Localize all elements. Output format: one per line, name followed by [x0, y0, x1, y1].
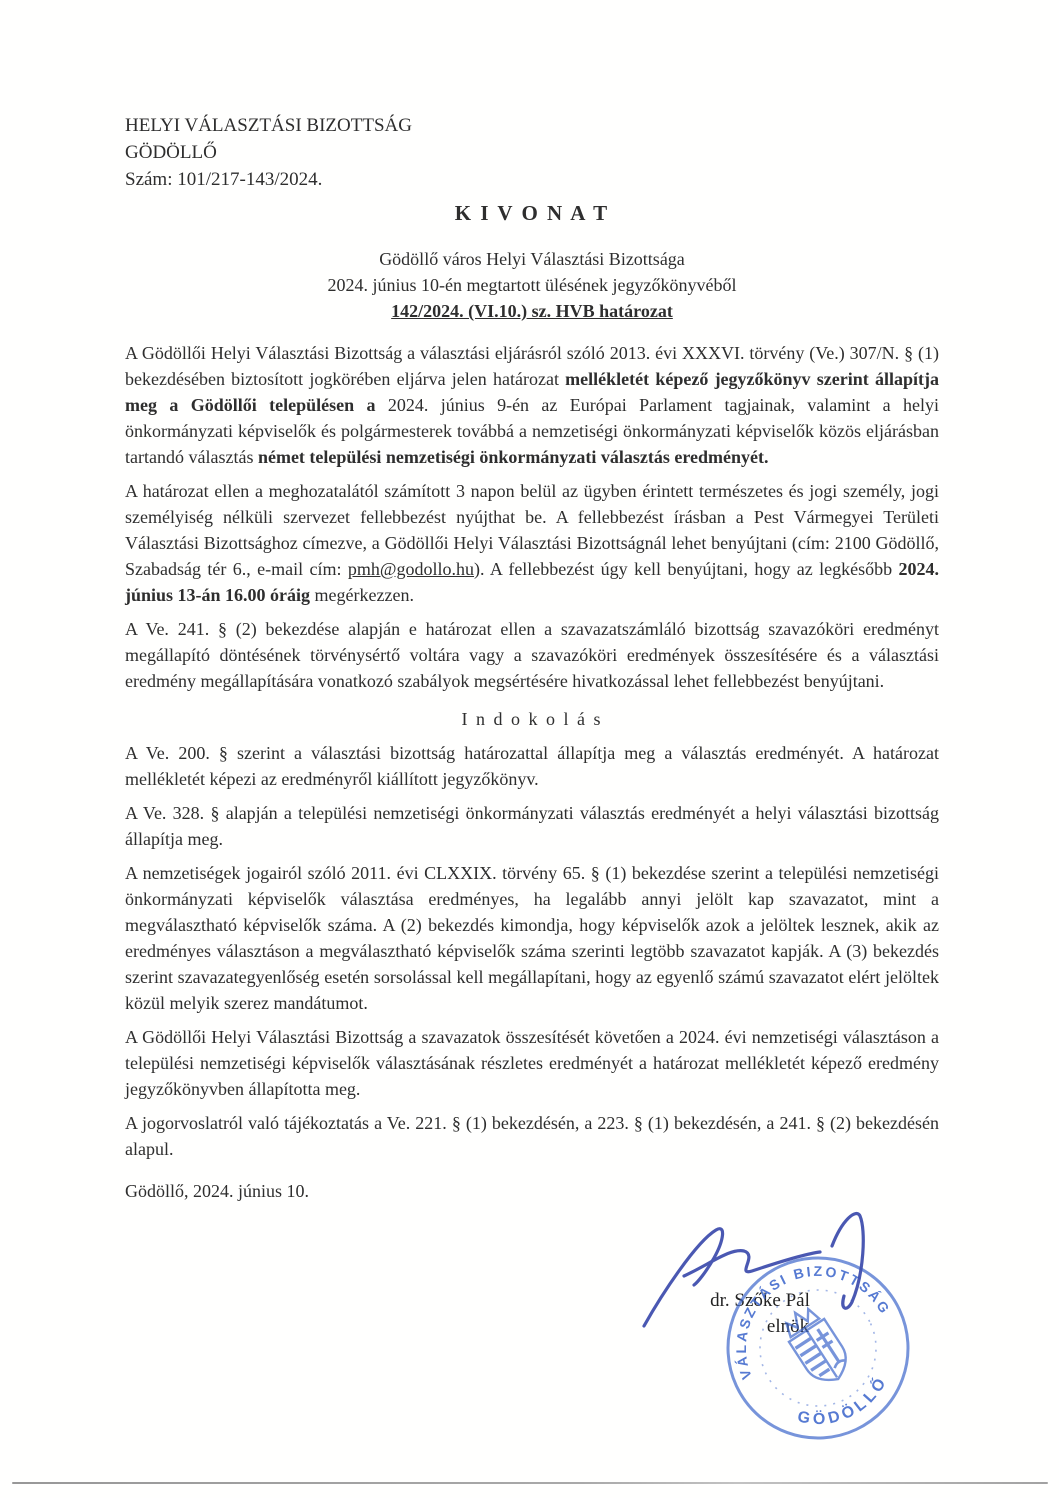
subtitle-session: 2024. június 10-én megtartott ülésének j… — [125, 272, 939, 298]
paragraph-ve328: A Ve. 328. § alapján a települési nemzet… — [125, 800, 939, 852]
issuing-authority-name: HELYI VÁLASZTÁSI BIZOTTSÁG — [125, 112, 939, 139]
document-content: HELYI VÁLASZTÁSI BIZOTTSÁG GÖDÖLLŐ Szám:… — [0, 0, 1059, 1204]
resolution-reference: 142/2024. (VI.10.) sz. HVB határozat — [125, 298, 939, 324]
handwritten-signature-icon — [618, 1210, 908, 1345]
paragraph-ve241: A Ve. 241. § (2) bekezdése alapján e hat… — [125, 616, 939, 694]
scanned-document-page: HELYI VÁLASZTÁSI BIZOTTSÁG GÖDÖLLŐ Szám:… — [0, 0, 1059, 1498]
section-title-indokolas: I n d o k o l á s — [125, 706, 939, 732]
subtitle-committee: Gödöllő város Helyi Választási Bizottság… — [125, 246, 939, 272]
document-title: K I V O N A T — [125, 201, 939, 226]
paragraph-ve200: A Ve. 200. § szerint a választási bizott… — [125, 740, 939, 792]
paragraph-eredmeny-osszesites: A Gödöllői Helyi Választási Bizottság a … — [125, 1024, 939, 1102]
paragraph-nemzetisegi-torveny: A nemzetiségek jogairól szóló 2011. évi … — [125, 860, 939, 1016]
paragraph-decision: A Gödöllői Helyi Választási Bizottság a … — [125, 340, 939, 470]
signature-strokes — [644, 1214, 863, 1326]
case-number: Szám: 101/217-143/2024. — [125, 166, 939, 193]
paragraph-jogorvoslat: A jogorvoslatról való tájékoztatás a Ve.… — [125, 1110, 939, 1162]
document-subtitle: Gödöllő város Helyi Választási Bizottság… — [125, 246, 939, 324]
date-line: Gödöllő, 2024. június 10. — [125, 1178, 939, 1204]
paragraph-appeal-info: A határozat ellen a meghozatalától számí… — [125, 478, 939, 608]
document-header: HELYI VÁLASZTÁSI BIZOTTSÁG GÖDÖLLŐ Szám:… — [125, 112, 939, 193]
scan-artifact-line — [12, 1482, 1048, 1484]
stamp-arc-bottom-text: GÖDÖLLŐ — [790, 1367, 900, 1443]
issuing-authority-city: GÖDÖLLŐ — [125, 139, 939, 166]
svg-text:GÖDÖLLŐ: GÖDÖLLŐ — [790, 1367, 900, 1443]
